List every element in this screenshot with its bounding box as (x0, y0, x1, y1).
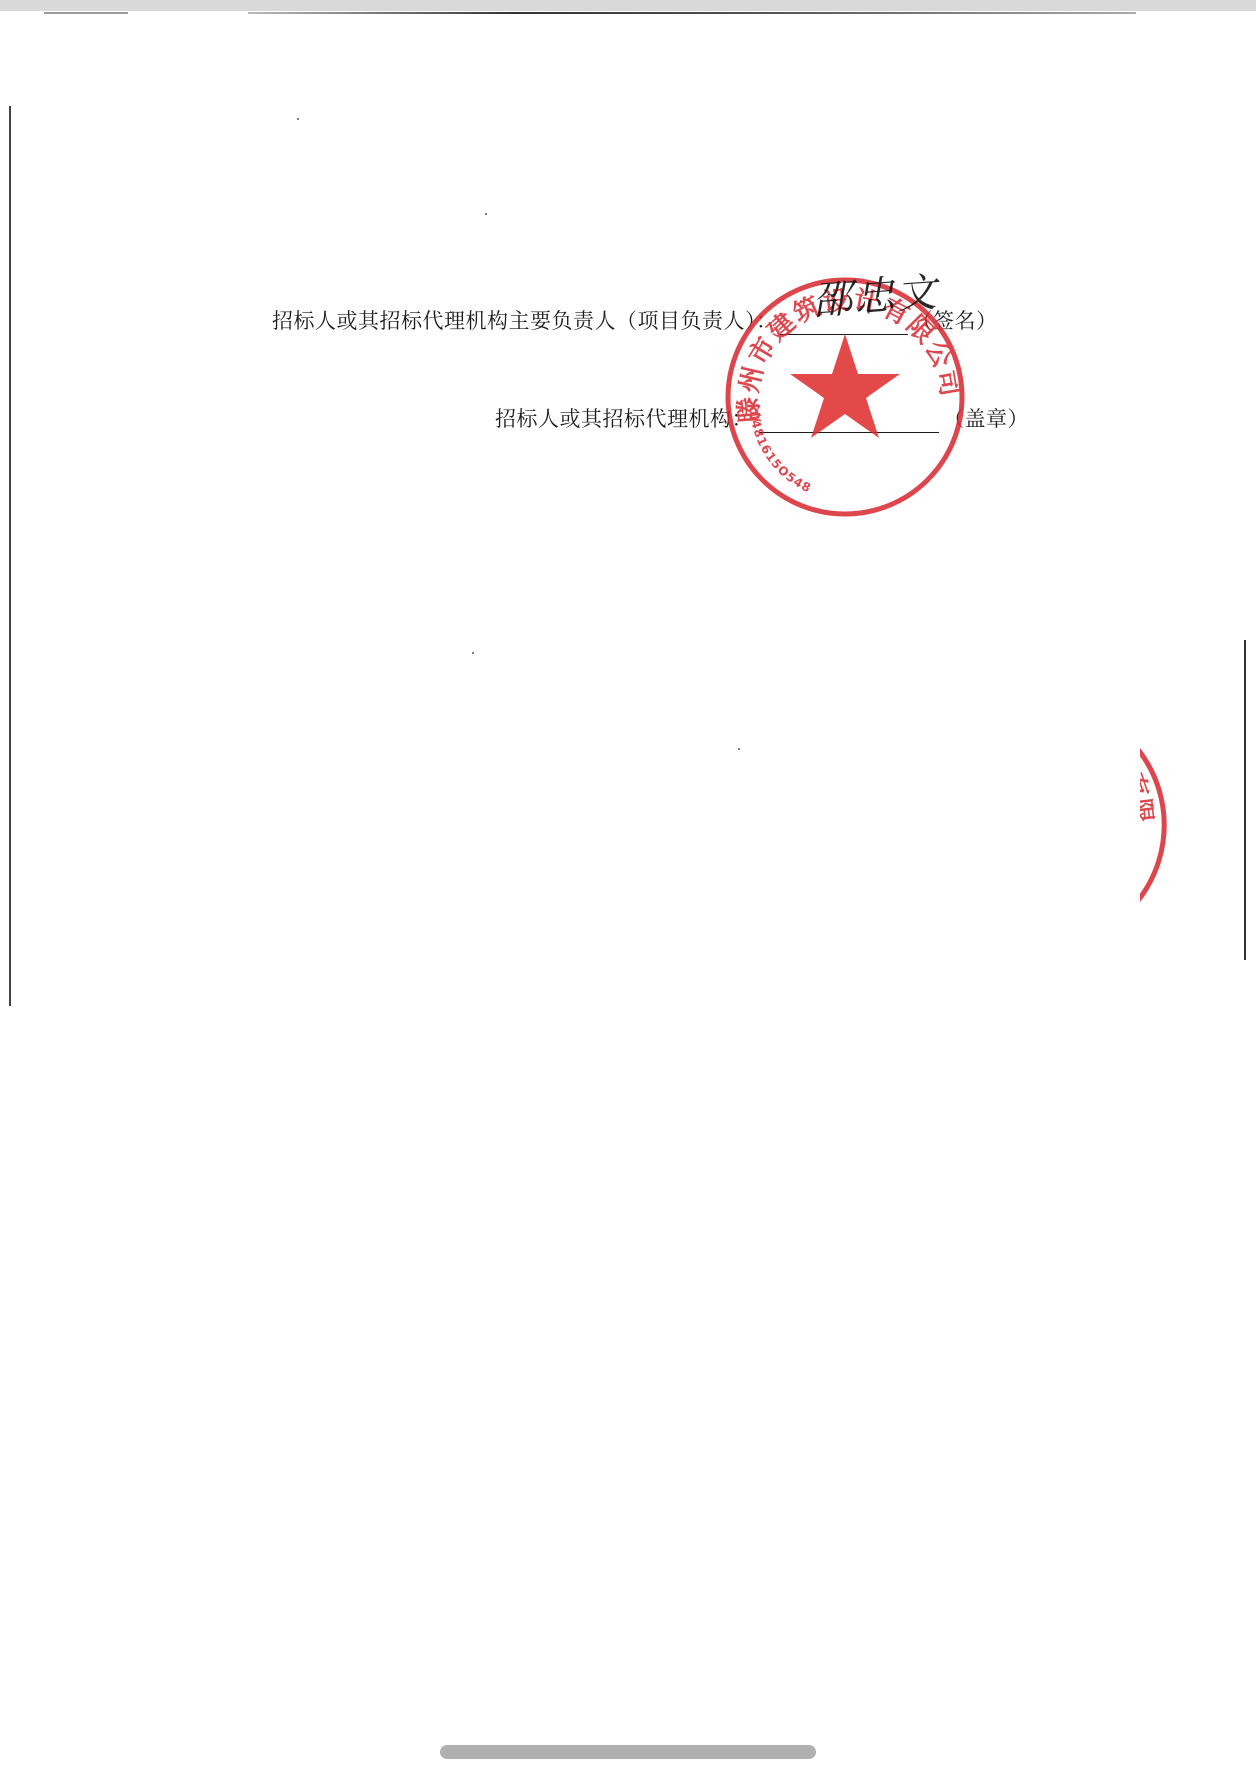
scan-speck (297, 118, 299, 120)
scan-speck (738, 748, 740, 750)
partial-seal-stamp: 筑设计有限 (1140, 705, 1220, 945)
paper-edge-left (9, 106, 11, 1006)
top-rule (44, 12, 128, 14)
home-indicator[interactable] (440, 1745, 816, 1759)
scanner-top-bar (0, 0, 1256, 11)
scan-speck (472, 652, 474, 654)
handwritten-signature: 邵忠文 (810, 261, 940, 327)
star-icon (790, 334, 900, 438)
stamp-code-text: 0481615O548 (747, 410, 814, 495)
seal-label: 招标人或其招标代理机构： (495, 407, 753, 431)
paper-edge-right (1244, 640, 1246, 960)
signature-label: 招标人或其招标代理机构主要负责人（项目负责人）： (272, 309, 778, 333)
svg-text:0481615O548: 0481615O548 (747, 410, 814, 495)
scan-speck (485, 213, 487, 215)
top-rule (248, 12, 1136, 14)
